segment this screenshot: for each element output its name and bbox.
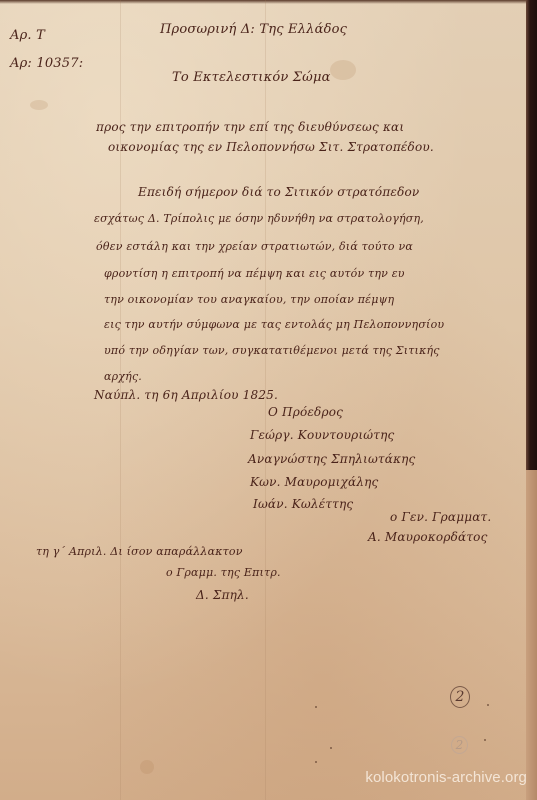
paper-stain (30, 100, 48, 110)
paper-stain (330, 60, 356, 80)
paper-speck (330, 747, 332, 749)
signature-name: Κων. Μαυρομιχάλης (250, 475, 378, 489)
archive-watermark: kolokotronis-archive.org (365, 769, 527, 786)
body-line: την οικονομίαν του αναγκαίου, την οποίαν… (104, 293, 394, 306)
body-line: αρχής. (104, 370, 142, 383)
margin-reference-line-2: Αρ: 10357: (10, 56, 83, 71)
body-line: όθεν εστάλη και την χρείαν στρατιωτών, δ… (96, 240, 413, 253)
paper-speck (484, 739, 486, 741)
page-number-circled: 2 (450, 686, 470, 708)
paper-speck (315, 761, 317, 763)
signature-name: Γεώργ. Κουντουριώτης (250, 428, 394, 442)
certification-line: ο Γραμμ. της Επιτρ. (166, 566, 281, 579)
signature-name: Αναγνώστης Σπηλιωτάκης (248, 452, 415, 466)
paper-right-edge-lower (526, 470, 537, 800)
secretary-name: Α. Μαυροκορδάτος (368, 530, 488, 544)
certification-signature: Δ. Σπηλ. (196, 588, 249, 602)
secretary-title: ο Γεν. Γραμματ. (390, 510, 491, 524)
body-line: Επειδή σήμερον διά το Σιτικόν στρατόπεδο… (138, 185, 419, 199)
body-line: υπό την οδηγίαν των, συγκατατιθέμενοι με… (104, 344, 440, 357)
paper-speck (487, 704, 489, 706)
certification-line: τη γ΄ Απριλ. Δι ίσον απαράλλακτον (36, 545, 243, 558)
body-line: εσχάτως Δ. Τρίπολις με όσην ηδυνήθη να σ… (94, 212, 424, 225)
intro-line: οικονομίας της εν Πελοποννήσω Σιτ. Στρατ… (108, 140, 434, 154)
paper-speck (315, 706, 317, 708)
signature-title: Ο Πρόεδρος (268, 405, 343, 419)
body-line: εις την αυτήν σύμφωνα με τας εντολάς μη … (104, 318, 444, 331)
paper-stain (140, 760, 154, 774)
body-line: φροντίση η επιτροπή να πέμψη και εις αυτ… (104, 267, 405, 280)
margin-reference-line-1: Αρ. Τ (10, 28, 45, 43)
document-page: Αρ. Τ Αρ: 10357: Προσωρινή Δ: Της Ελλάδο… (0, 0, 537, 800)
paper-top-edge (0, 0, 537, 4)
signature-name: Ιωάν. Κωλέττης (253, 497, 353, 511)
intro-line: προς την επιτροπήν την επί της διευθύνσε… (96, 120, 404, 134)
date-line: Ναύπλ. τη 6η Απριλίου 1825. (94, 388, 278, 402)
document-addressee: Το Εκτελεστικόν Σώμα (172, 70, 331, 85)
page-number-circled-faint: 2 (451, 736, 468, 754)
document-heading: Προσωρινή Δ: Της Ελλάδος (160, 22, 347, 37)
